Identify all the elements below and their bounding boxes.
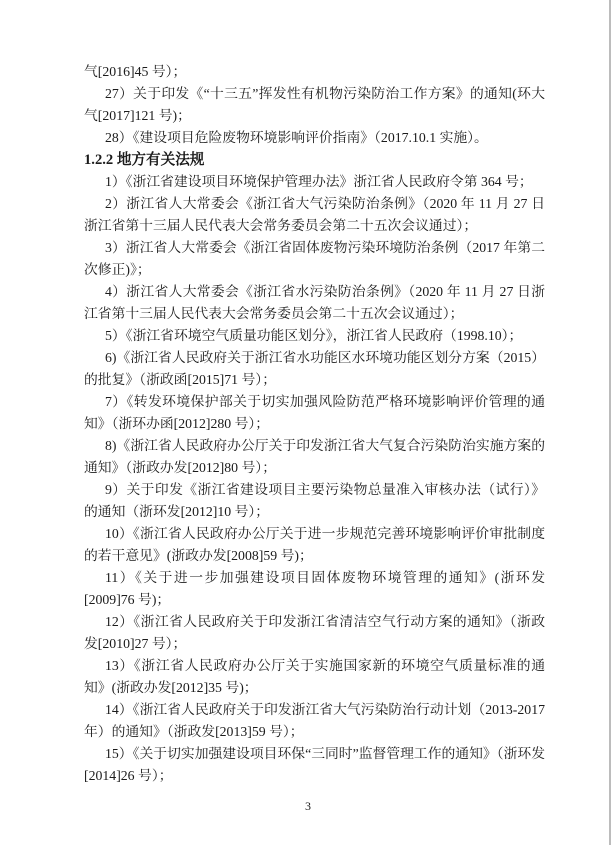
paragraph: 7）《转发环境保护部关于切实加强风险防范严格环境影响评价管理的通知》（浙环办函[…: [84, 391, 545, 435]
paragraph: 15）《关于切实加强建设项目环保“三同时”监督管理工作的通知》（浙环发[2014…: [84, 743, 545, 787]
paragraph: 9）关于印发《浙江省建设项目主要污染物总量准入审核办法（试行）》的通知（浙环发[…: [84, 479, 545, 523]
page-number: 3: [0, 799, 616, 814]
text-block: 气[2016]45 号）；27）关于印发《“十三五”挥发性有机物污染防治工作方案…: [84, 61, 545, 787]
page-scan-edge-line: [609, 0, 611, 845]
paragraph: 11）《关于进一步加强建设项目固体废物环境管理的通知》(浙环发[2009]76 …: [84, 567, 545, 611]
paragraph: 8)《浙江省人民政府办公厅关于印发浙江省大气复合污染防治实施方案的通知》（浙政办…: [84, 435, 545, 479]
paragraph: 13）《浙江省人民政府办公厅关于实施国家新的环境空气质量标准的通知》(浙政办发[…: [84, 655, 545, 699]
paragraph: 12）《浙江省人民政府关于印发浙江省清洁空气行动方案的通知》（浙政发[2010]…: [84, 611, 545, 655]
paragraph: 2）浙江省人大常委会《浙江省大气污染防治条例》（2020 年 11 月 27 日…: [84, 193, 545, 237]
paragraph: 27）关于印发《“十三五”挥发性有机物污染防治工作方案》的通知(环大气[2017…: [84, 83, 545, 127]
paragraph: 28）《建设项目危险废物环境影响评价指南》（2017.10.1 实施）。: [84, 127, 545, 149]
paragraph: 气[2016]45 号）；: [84, 61, 545, 83]
paragraph: 14）《浙江省人民政府关于印发浙江省大气污染防治行动计划（2013-2017 年…: [84, 699, 545, 743]
paragraph: 1）《浙江省建设项目环境保护管理办法》浙江省人民政府令第 364 号；: [84, 171, 545, 193]
paragraph: 5）《浙江省环境空气质量功能区划分》，浙江省人民政府（1998.10）；: [84, 325, 545, 347]
paragraph: 4）浙江省人大常委会《浙江省水污染防治条例》（2020 年 11 月 27 日浙…: [84, 281, 545, 325]
paragraph: 3）浙江省人大常委会《浙江省固体废物污染环境防治条例（2017 年第二次修正)》…: [84, 237, 545, 281]
paragraph: 6)《浙江省人民政府关于浙江省水功能区水环境功能区划分方案（2015）的批复》（…: [84, 347, 545, 391]
paragraph: 10）《浙江省人民政府办公厅关于进一步规范完善环境影响评价审批制度的若干意见》(…: [84, 523, 545, 567]
document-page: 气[2016]45 号）；27）关于印发《“十三五”挥发性有机物污染防治工作方案…: [0, 0, 616, 845]
section-heading: 1.2.2 地方有关法规: [84, 149, 545, 171]
